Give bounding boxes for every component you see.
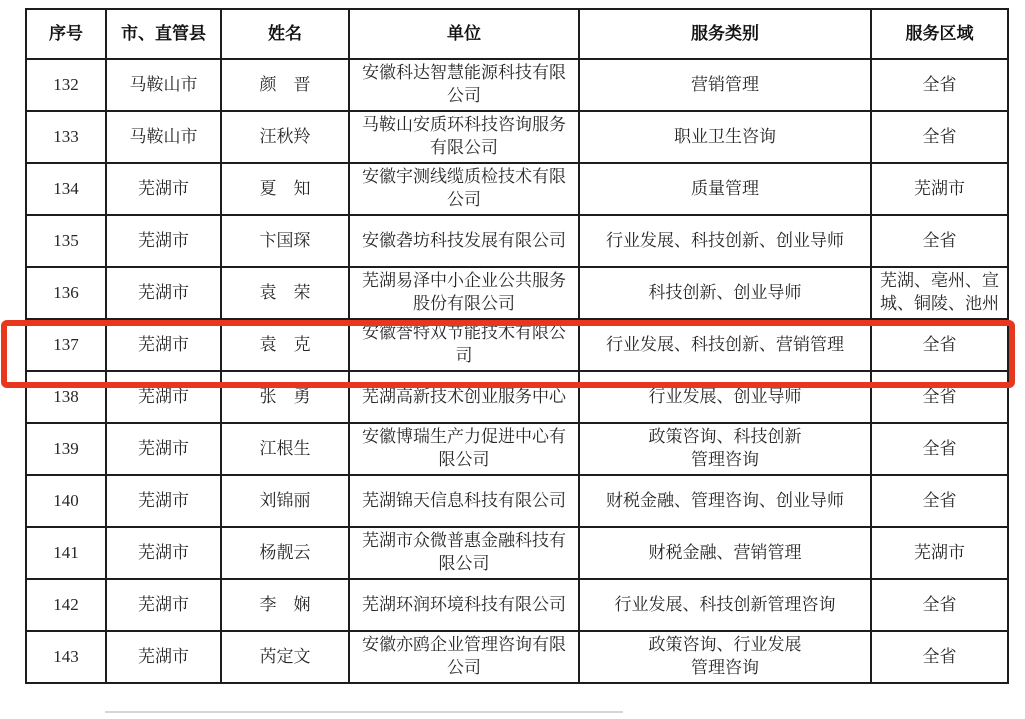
cell-category: 财税金融、管理咨询、创业导师 [579, 475, 871, 527]
cell-no: 137 [26, 319, 106, 371]
cell-name: 李 娴 [221, 579, 349, 631]
table-header: 序号 市、直管县 姓名 单位 服务类别 服务区域 [26, 9, 1008, 59]
cell-category: 政策咨询、科技创新 管理咨询 [579, 423, 871, 475]
cell-name: 夏 知 [221, 163, 349, 215]
header-row: 序号 市、直管县 姓名 单位 服务类别 服务区域 [26, 9, 1008, 59]
cell-region: 全省 [871, 371, 1008, 423]
cell-city: 芜湖市 [106, 631, 221, 683]
table-row: 140 芜湖市 刘锦丽 芜湖锦天信息科技有限公司 财税金融、管理咨询、创业导师 … [26, 475, 1008, 527]
cell-city: 芜湖市 [106, 163, 221, 215]
cell-no: 143 [26, 631, 106, 683]
table-row: 143 芜湖市 芮定文 安徽亦鸥企业管理咨询有限公司 政策咨询、行业发展 管理咨… [26, 631, 1008, 683]
page-edge-artifact [105, 711, 623, 713]
cell-region: 全省 [871, 111, 1008, 163]
cell-city: 芜湖市 [106, 475, 221, 527]
cell-no: 140 [26, 475, 106, 527]
cell-category: 职业卫生咨询 [579, 111, 871, 163]
cell-category: 行业发展、创业导师 [579, 371, 871, 423]
cell-region: 全省 [871, 579, 1008, 631]
cell-no: 139 [26, 423, 106, 475]
cell-org: 芜湖环润环境科技有限公司 [349, 579, 579, 631]
cell-region: 芜湖市 [871, 163, 1008, 215]
cell-region: 芜湖、亳州、宣城、铜陵、池州 [871, 267, 1008, 319]
cell-org: 安徽砻坊科技发展有限公司 [349, 215, 579, 267]
cell-name: 刘锦丽 [221, 475, 349, 527]
cell-category: 行业发展、科技创新、营销管理 [579, 319, 871, 371]
cell-region: 全省 [871, 423, 1008, 475]
cell-org: 安徽科达智慧能源科技有限公司 [349, 59, 579, 111]
cell-no: 141 [26, 527, 106, 579]
cell-name: 颜 晋 [221, 59, 349, 111]
cell-name: 袁 克 [221, 319, 349, 371]
cell-region: 全省 [871, 631, 1008, 683]
cell-region: 全省 [871, 319, 1008, 371]
cell-city: 芜湖市 [106, 527, 221, 579]
table-row: 133 马鞍山市 汪秋羚 马鞍山安质环科技咨询服务有限公司 职业卫生咨询 全省 [26, 111, 1008, 163]
cell-region: 全省 [871, 59, 1008, 111]
cell-org: 安徽博瑞生产力促进中心有限公司 [349, 423, 579, 475]
table-row: 136 芜湖市 袁 荣 芜湖易泽中小企业公共服务股份有限公司 科技创新、创业导师… [26, 267, 1008, 319]
cell-no: 135 [26, 215, 106, 267]
cell-city: 芜湖市 [106, 423, 221, 475]
cell-org: 安徽誉特双节能技术有限公司 [349, 319, 579, 371]
cell-name: 卞国琛 [221, 215, 349, 267]
cell-name: 张 勇 [221, 371, 349, 423]
cell-no: 142 [26, 579, 106, 631]
table-row: 137 芜湖市 袁 克 安徽誉特双节能技术有限公司 行业发展、科技创新、营销管理… [26, 319, 1008, 371]
table-row: 139 芜湖市 江根生 安徽博瑞生产力促进中心有限公司 政策咨询、科技创新 管理… [26, 423, 1008, 475]
document-page: 序号 市、直管县 姓名 单位 服务类别 服务区域 132 马鞍山市 颜 晋 安徽… [0, 0, 1025, 719]
cell-name: 汪秋羚 [221, 111, 349, 163]
table-row: 142 芜湖市 李 娴 芜湖环润环境科技有限公司 行业发展、科技创新管理咨询 全… [26, 579, 1008, 631]
cell-city: 芜湖市 [106, 371, 221, 423]
cell-no: 136 [26, 267, 106, 319]
cell-city: 芜湖市 [106, 319, 221, 371]
cell-category: 政策咨询、行业发展 管理咨询 [579, 631, 871, 683]
cell-city: 马鞍山市 [106, 59, 221, 111]
cell-no: 133 [26, 111, 106, 163]
cell-no: 134 [26, 163, 106, 215]
cell-region: 全省 [871, 215, 1008, 267]
table-body: 132 马鞍山市 颜 晋 安徽科达智慧能源科技有限公司 营销管理 全省 133 … [26, 59, 1008, 683]
cell-category: 行业发展、科技创新、创业导师 [579, 215, 871, 267]
cell-no: 132 [26, 59, 106, 111]
cell-no: 138 [26, 371, 106, 423]
cell-org: 芜湖市众微普惠金融科技有限公司 [349, 527, 579, 579]
cell-name: 袁 荣 [221, 267, 349, 319]
cell-region: 全省 [871, 475, 1008, 527]
header-city: 市、直管县 [106, 9, 221, 59]
cell-region: 芜湖市 [871, 527, 1008, 579]
cell-org: 马鞍山安质环科技咨询服务有限公司 [349, 111, 579, 163]
header-org: 单位 [349, 9, 579, 59]
cell-category: 质量管理 [579, 163, 871, 215]
cell-org: 安徽亦鸥企业管理咨询有限公司 [349, 631, 579, 683]
header-name: 姓名 [221, 9, 349, 59]
header-category: 服务类别 [579, 9, 871, 59]
cell-org: 芜湖易泽中小企业公共服务股份有限公司 [349, 267, 579, 319]
cell-city: 芜湖市 [106, 267, 221, 319]
cell-org: 安徽宇测线缆质检技术有限公司 [349, 163, 579, 215]
cell-category: 营销管理 [579, 59, 871, 111]
cell-name: 芮定文 [221, 631, 349, 683]
cell-category: 行业发展、科技创新管理咨询 [579, 579, 871, 631]
service-expert-table: 序号 市、直管县 姓名 单位 服务类别 服务区域 132 马鞍山市 颜 晋 安徽… [25, 8, 1009, 684]
cell-city: 芜湖市 [106, 579, 221, 631]
cell-name: 杨靓云 [221, 527, 349, 579]
cell-org: 芜湖锦天信息科技有限公司 [349, 475, 579, 527]
cell-org: 芜湖高新技术创业服务中心 [349, 371, 579, 423]
table-row: 138 芜湖市 张 勇 芜湖高新技术创业服务中心 行业发展、创业导师 全省 [26, 371, 1008, 423]
header-no: 序号 [26, 9, 106, 59]
table-row: 135 芜湖市 卞国琛 安徽砻坊科技发展有限公司 行业发展、科技创新、创业导师 … [26, 215, 1008, 267]
cell-name: 江根生 [221, 423, 349, 475]
cell-city: 芜湖市 [106, 215, 221, 267]
cell-category: 科技创新、创业导师 [579, 267, 871, 319]
table-row: 132 马鞍山市 颜 晋 安徽科达智慧能源科技有限公司 营销管理 全省 [26, 59, 1008, 111]
table-row: 141 芜湖市 杨靓云 芜湖市众微普惠金融科技有限公司 财税金融、营销管理 芜湖… [26, 527, 1008, 579]
cell-city: 马鞍山市 [106, 111, 221, 163]
table-row: 134 芜湖市 夏 知 安徽宇测线缆质检技术有限公司 质量管理 芜湖市 [26, 163, 1008, 215]
cell-category: 财税金融、营销管理 [579, 527, 871, 579]
header-region: 服务区域 [871, 9, 1008, 59]
